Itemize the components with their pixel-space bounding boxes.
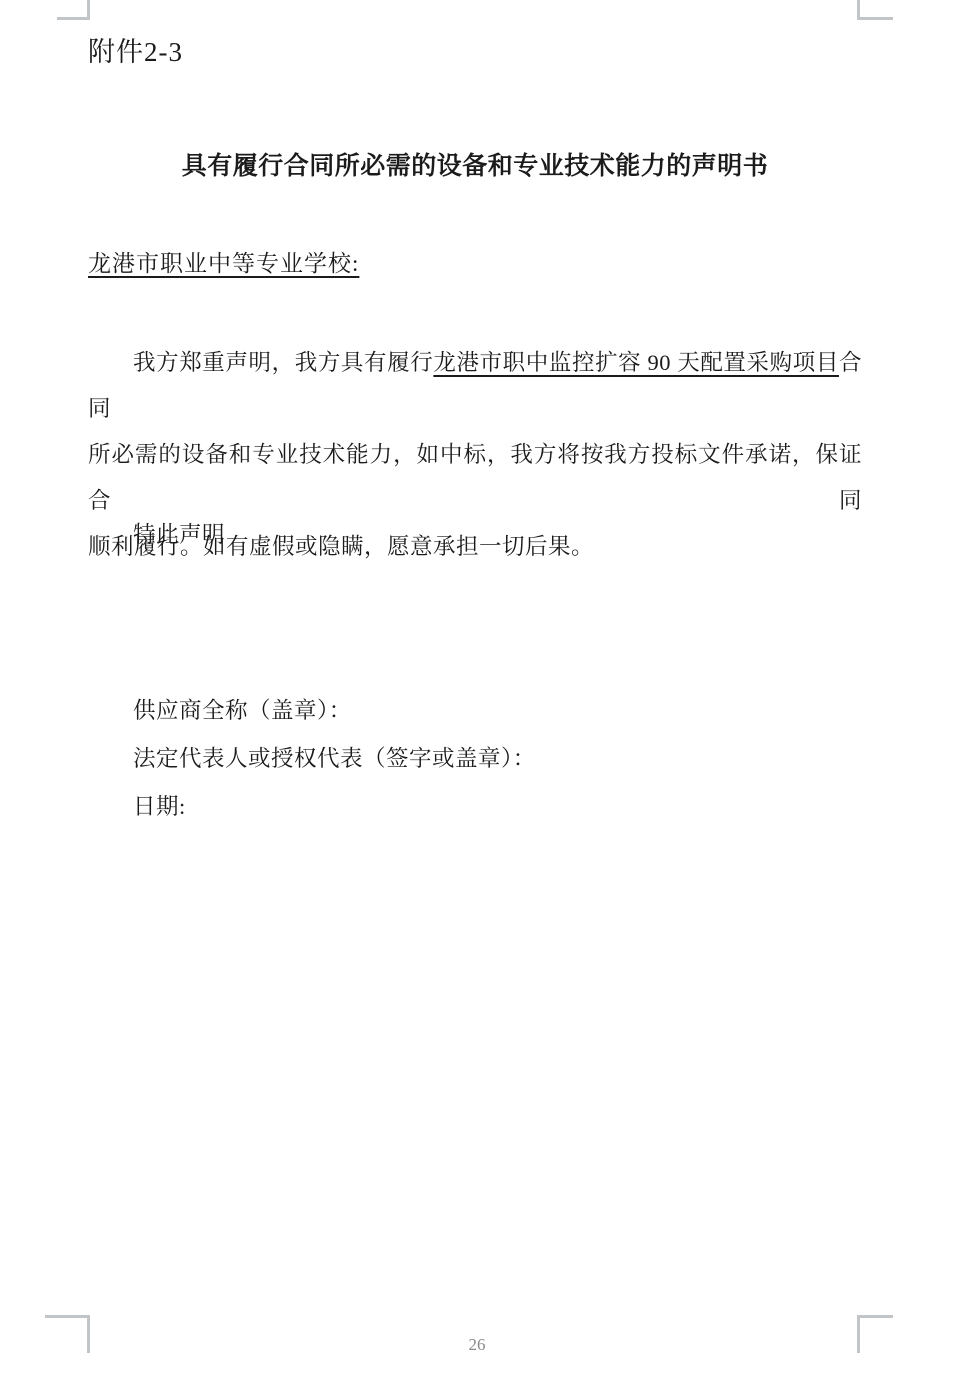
- paragraph-line-2: 所必需的设备和专业技术能力，如中标，我方将按我方投标文件承诺，保证合同: [88, 432, 862, 524]
- attachment-label: 附件2-3: [88, 30, 183, 69]
- representative-line: 法定代表人或授权代表（签字或盖章）：: [88, 735, 536, 783]
- date-line: 日期:: [88, 783, 536, 831]
- supplier-name-line: 供应商全称（盖章）：: [88, 687, 536, 735]
- document-title: 具有履行合同所必需的设备和专业技术能力的声明书: [88, 146, 862, 182]
- paragraph-line-1-text-pre: 我方郑重声明，我方具有履行: [133, 350, 433, 375]
- paragraph-line-2-text: 所必需的设备和专业技术能力，如中标，我方将按我方投标文件承诺，保证合同: [88, 442, 862, 513]
- closing-statement: 特此声明: [88, 517, 225, 549]
- margin-crop-mark-top-right: [857, 0, 893, 20]
- margin-crop-mark-top-left: [57, 0, 90, 20]
- project-name-underlined: 龙港市职中监控扩容 90 天配置采购项目: [433, 350, 839, 375]
- page-number: 26: [469, 1335, 486, 1354]
- signature-block: 供应商全称（盖章）： 法定代表人或授权代表（签字或盖章）： 日期:: [88, 687, 536, 831]
- paragraph-line-1: 我方郑重声明，我方具有履行龙港市职中监控扩容 90 天配置采购项目合同: [88, 340, 862, 432]
- page-footer: 26: [0, 1335, 954, 1355]
- salutation-line: 龙港市职业中等专业学校:: [88, 245, 359, 278]
- salutation-text: 龙港市职业中等专业学校:: [88, 251, 359, 276]
- document-page: 附件2-3 具有履行合同所必需的设备和专业技术能力的声明书 龙港市职业中等专业学…: [0, 0, 954, 1378]
